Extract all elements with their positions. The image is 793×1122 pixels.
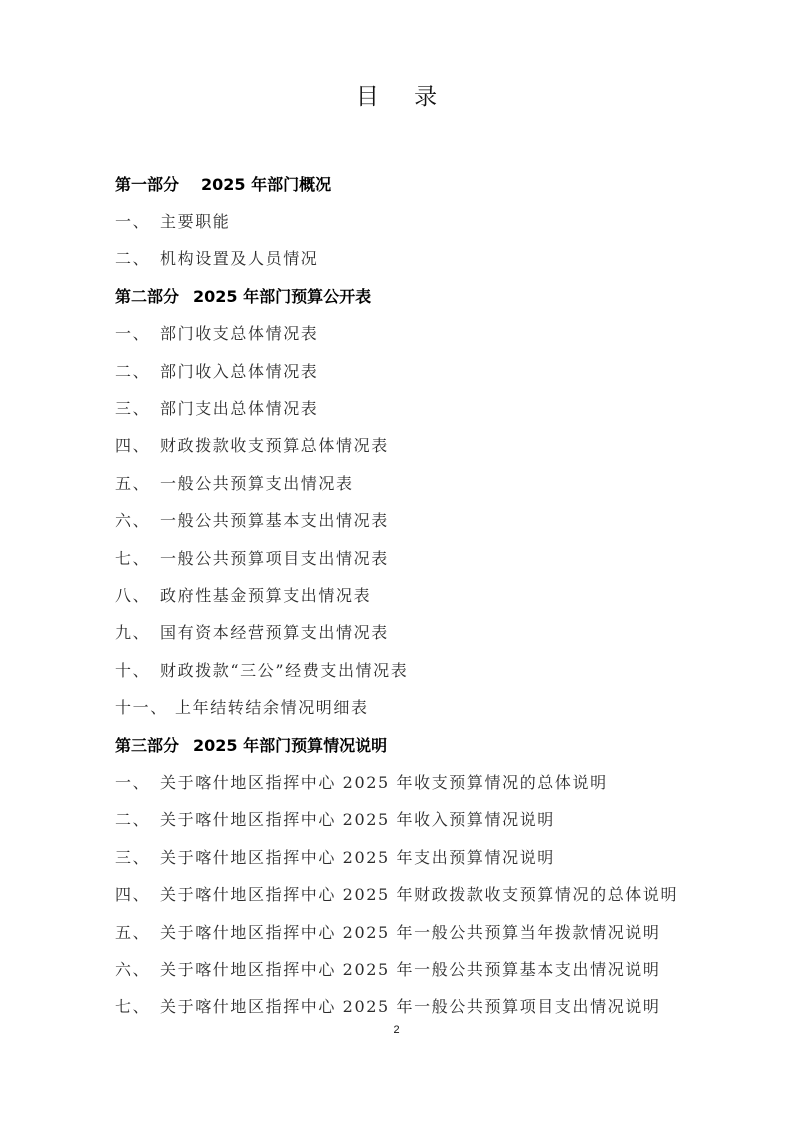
toc-item[interactable]: 二、 部门收入总体情况表 [115, 353, 755, 390]
toc-item[interactable]: 十一、 上年结转结余情况明细表 [115, 689, 755, 726]
item-number: 九、 [115, 619, 160, 647]
item-text: 部门支出总体情况表 [160, 395, 318, 423]
item-text: 关于喀什地区指挥中心 2025 年收支预算情况的总体说明 [160, 769, 608, 797]
item-text: 一般公共预算项目支出情况表 [160, 545, 389, 573]
item-number: 三、 [115, 395, 160, 423]
item-text: 一般公共预算基本支出情况表 [160, 507, 389, 535]
item-number: 五、 [115, 470, 160, 498]
toc-item[interactable]: 六、 关于喀什地区指挥中心 2025 年一般公共预算基本支出情况说明 [115, 951, 755, 988]
item-number: 七、 [115, 545, 160, 573]
item-text: 财政拨款收支预算总体情况表 [160, 432, 389, 460]
toc-item[interactable]: 四、 关于喀什地区指挥中心 2025 年财政拨款收支预算情况的总体说明 [115, 876, 755, 913]
toc-item[interactable]: 五、 关于喀什地区指挥中心 2025 年一般公共预算当年拨款情况说明 [115, 914, 755, 951]
item-number: 四、 [115, 881, 160, 909]
item-text: 上年结转结余情况明细表 [175, 694, 369, 722]
section-title: 2025 年部门预算公开表 [193, 283, 371, 311]
item-text: 关于喀什地区指挥中心 2025 年财政拨款收支预算情况的总体说明 [160, 881, 678, 909]
section-title: 2025 年部门概况 [201, 171, 331, 199]
toc-item[interactable]: 六、 一般公共预算基本支出情况表 [115, 503, 755, 540]
item-text: 机构设置及人员情况 [160, 245, 318, 273]
item-text: 关于喀什地区指挥中心 2025 年收入预算情况说明 [160, 806, 555, 834]
item-number: 八、 [115, 582, 160, 610]
toc-item[interactable]: 七、 关于喀什地区指挥中心 2025 年一般公共预算项目支出情况说明 [115, 989, 755, 1026]
item-number: 十一、 [115, 694, 175, 722]
section-label: 第二部分 [115, 283, 179, 311]
toc-item[interactable]: 三、 部门支出总体情况表 [115, 390, 755, 427]
item-text: 关于喀什地区指挥中心 2025 年支出预算情况说明 [160, 844, 555, 872]
item-text: 关于喀什地区指挥中心 2025 年一般公共预算项目支出情况说明 [160, 993, 661, 1021]
toc-item[interactable]: 一、 关于喀什地区指挥中心 2025 年收支预算情况的总体说明 [115, 764, 755, 801]
toc-item[interactable]: 三、 关于喀什地区指挥中心 2025 年支出预算情况说明 [115, 839, 755, 876]
toc-section-part3[interactable]: 第三部分 2025 年部门预算情况说明 [115, 727, 755, 764]
item-number: 六、 [115, 956, 160, 984]
item-number: 一、 [115, 320, 160, 348]
section-label: 第三部分 [115, 732, 179, 760]
item-number: 四、 [115, 432, 160, 460]
item-text: 部门收入总体情况表 [160, 358, 318, 386]
item-text: 部门收支总体情况表 [160, 320, 318, 348]
toc-item[interactable]: 九、 国有资本经营预算支出情况表 [115, 615, 755, 652]
document-page: 目 录 第一部分 2025 年部门概况 一、 主要职能 二、 机构设置及人员情况… [0, 0, 793, 1122]
item-text: 国有资本经营预算支出情况表 [160, 619, 389, 647]
item-number: 六、 [115, 507, 160, 535]
item-text: 关于喀什地区指挥中心 2025 年一般公共预算当年拨款情况说明 [160, 919, 661, 947]
item-number: 十、 [115, 657, 160, 685]
item-number: 一、 [115, 769, 160, 797]
item-text: 财政拨款“三公”经费支出情况表 [160, 657, 408, 685]
toc-item[interactable]: 十、 财政拨款“三公”经费支出情况表 [115, 652, 755, 689]
table-of-contents: 第一部分 2025 年部门概况 一、 主要职能 二、 机构设置及人员情况 第二部… [115, 166, 755, 1026]
toc-item[interactable]: 二、 机构设置及人员情况 [115, 241, 755, 278]
toc-section-part2[interactable]: 第二部分 2025 年部门预算公开表 [115, 278, 755, 315]
section-label: 第一部分 [115, 171, 179, 199]
item-text: 政府性基金预算支出情况表 [160, 582, 371, 610]
toc-item[interactable]: 五、 一般公共预算支出情况表 [115, 465, 755, 502]
item-number: 三、 [115, 844, 160, 872]
item-number: 二、 [115, 245, 160, 273]
page-title: 目 录 [0, 80, 793, 114]
toc-section-part1[interactable]: 第一部分 2025 年部门概况 [115, 166, 755, 203]
item-number: 二、 [115, 806, 160, 834]
toc-item[interactable]: 八、 政府性基金预算支出情况表 [115, 577, 755, 614]
item-text: 关于喀什地区指挥中心 2025 年一般公共预算基本支出情况说明 [160, 956, 661, 984]
item-number: 二、 [115, 358, 160, 386]
page-number: 2 [0, 1024, 793, 1036]
item-text: 主要职能 [160, 208, 230, 236]
section-title: 2025 年部门预算情况说明 [193, 732, 387, 760]
toc-item[interactable]: 一、 部门收支总体情况表 [115, 316, 755, 353]
item-text: 一般公共预算支出情况表 [160, 470, 354, 498]
toc-item[interactable]: 一、 主要职能 [115, 203, 755, 240]
toc-item[interactable]: 四、 财政拨款收支预算总体情况表 [115, 428, 755, 465]
item-number: 五、 [115, 919, 160, 947]
item-number: 一、 [115, 208, 160, 236]
toc-item[interactable]: 二、 关于喀什地区指挥中心 2025 年收入预算情况说明 [115, 802, 755, 839]
item-number: 七、 [115, 993, 160, 1021]
toc-item[interactable]: 七、 一般公共预算项目支出情况表 [115, 540, 755, 577]
